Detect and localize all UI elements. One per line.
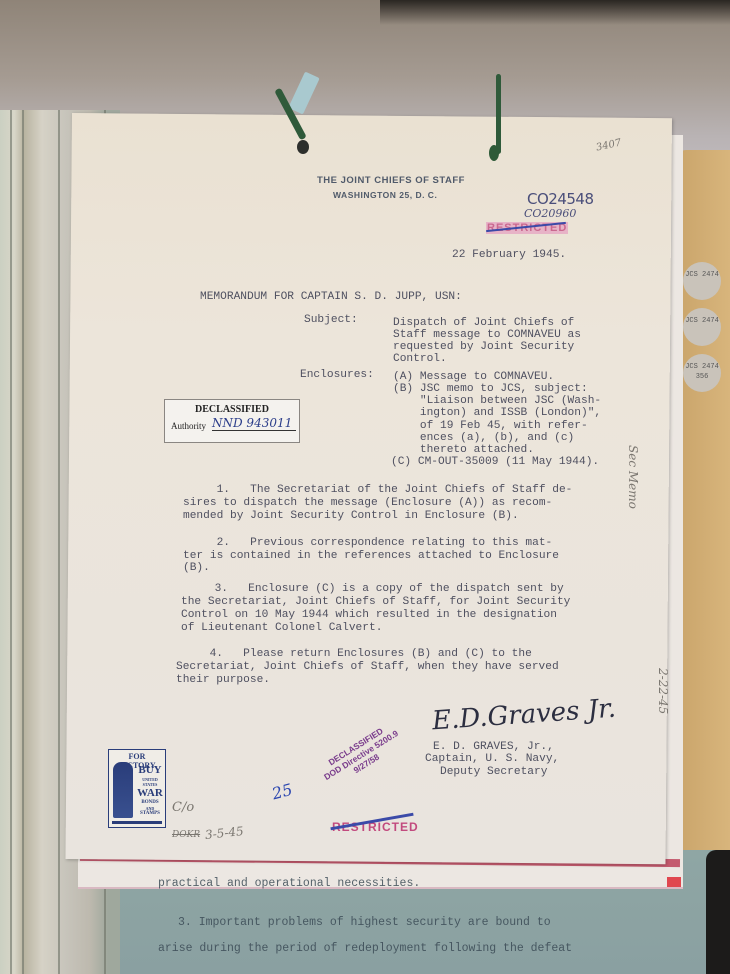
war-bonds-text: WAR (135, 787, 165, 799)
cc-note: C/o (172, 800, 194, 815)
file-number: CO24548 (527, 190, 594, 208)
subject-line: Control. (393, 353, 447, 366)
blue-tab (288, 71, 319, 114)
subject-line: Staff message to COMNAVEU as (393, 329, 581, 342)
binder-hole (489, 145, 499, 161)
underlying-text-line: 3. Important problems of highest securit… (178, 916, 551, 929)
war-bonds-stamp: FOR VICTORY BUY UNITED STATES WAR BONDS … (108, 749, 166, 828)
struck-note: DOKR (172, 830, 200, 840)
enclosure-line: "Liaison between JSC (Wash- (393, 395, 601, 408)
subject-line: Dispatch of Joint Chiefs of (393, 317, 574, 330)
underlying-text-line: practical and operational necessities. (158, 877, 420, 890)
memo-addressee: MEMORANDUM FOR CAPTAIN S. D. JUPP, USN: (200, 291, 462, 304)
enclosure-line: ington) and ISSB (London)", (393, 407, 601, 420)
background-shadow (380, 0, 730, 25)
letterhead-address: WASHINGTON 25, D. C. (333, 190, 437, 200)
binder-hole (297, 140, 309, 154)
folder-sticker: JCS 2474 (683, 308, 721, 346)
declassified-heading: DECLASSIFIED (165, 404, 299, 415)
enclosure-line: of 19 Feb 45, with refer- (393, 420, 588, 433)
paragraph-line: ter is contained in the references attac… (183, 550, 559, 563)
paragraph-line: mended by Joint Security Control in Encl… (183, 510, 519, 523)
subject-line: requested by Joint Security (393, 341, 574, 354)
margin-note-date: 2-22-45 (656, 668, 670, 714)
signature-name: E. D. GRAVES, Jr., (433, 741, 554, 754)
paragraph-line: their purpose. (176, 674, 270, 687)
memo-date: 22 February 1945. (452, 249, 566, 262)
enclosure-line: (B) JSC memo to JCS, subject: (393, 383, 588, 396)
enclosure-line: (C) CM-OUT-35009 (11 May 1944). (391, 456, 599, 469)
authority-value: NND 943011 (212, 416, 296, 431)
margin-note-sec-memo: Sec Memo (626, 445, 640, 509)
war-bonds-text: BUY (135, 764, 165, 776)
paragraph-line: 4. Please return Enclosures (B) and (C) … (176, 648, 532, 661)
folder-sticker: JCS 2474 356 (683, 354, 721, 392)
enclosure-line: thereto attached. (393, 444, 534, 457)
subject-label: Subject: (304, 314, 358, 327)
paragraph-line: Control on 10 May 1944 which resulted in… (181, 609, 557, 622)
fastener-clip (496, 74, 501, 154)
paragraph-line: sires to dispatch the message (Enclosure… (183, 497, 552, 510)
underlying-text-line: arise during the period of redeployment … (158, 942, 572, 955)
paragraph-line: 2. Previous correspondence relating to t… (183, 537, 552, 550)
folder-sticker: JCS 2474 (683, 262, 721, 300)
red-tab (667, 877, 681, 887)
folder-stickers: JCS 2474 JCS 2474 JCS 2474 356 (683, 262, 723, 400)
enclosures-label: Enclosures: (300, 369, 374, 382)
enclosure-line: ences (a), (b), and (c) (393, 432, 574, 445)
file-number: CO20960 (524, 207, 576, 220)
paragraph-line: of Lieutenant Colonel Calvert. (181, 622, 382, 635)
paragraph-line: Secretariat, Joint Chiefs of Staff, when… (176, 661, 559, 674)
paragraph-line: the Secretariat, Joint Chiefs of Staff, … (181, 596, 570, 609)
authority-label: Authority (171, 421, 206, 431)
enclosure-line: (A) Message to COMNAVEU. (393, 371, 554, 384)
signature-title: Deputy Secretary (440, 766, 547, 779)
paragraph-line: 3. Enclosure (C) is a copy of the dispat… (181, 583, 564, 596)
war-bonds-text: STAMPS (135, 811, 165, 816)
letterhead-org: THE JOINT CHIEFS OF STAFF (317, 175, 465, 186)
dark-binder-edge (706, 850, 730, 974)
signature-rank: Captain, U. S. Navy, (425, 753, 559, 766)
war-bonds-text: BONDS (135, 800, 165, 805)
paragraph-line: (B). (183, 562, 210, 575)
paragraph-line: 1. The Secretariat of the Joint Chiefs o… (183, 484, 572, 497)
right-folder (676, 150, 730, 850)
declassified-label: DECLASSIFIED Authority NND 943011 (164, 399, 300, 443)
minuteman-figure-icon (113, 762, 133, 818)
